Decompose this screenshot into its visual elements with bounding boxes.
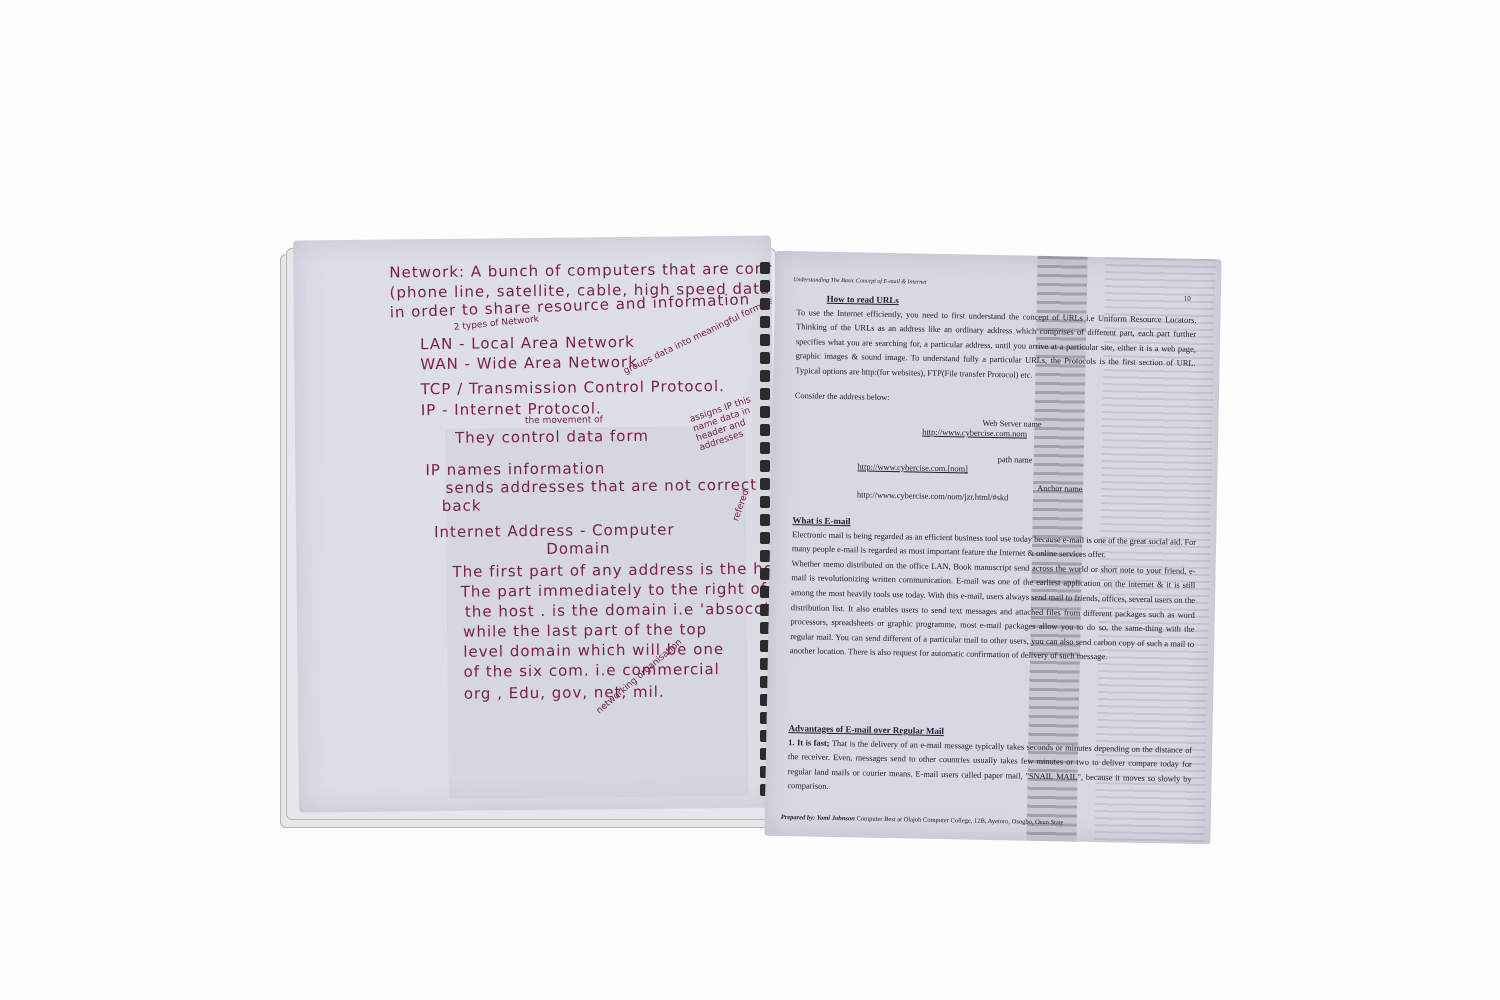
handwritten-line: Internet Address - Computer (434, 521, 675, 542)
footer-org: Computer Best at Olajoh Computer College… (856, 815, 1063, 826)
url-example: Anchor name http://www.cybercise.com/nom… (857, 488, 1009, 505)
handwritten-note: assigns IP this name data in header and … (689, 393, 768, 453)
open-notebook: Network: A bunch of computers that are c… (0, 0, 1500, 1000)
paragraph: To use the Internet efficiently, you nee… (795, 306, 1196, 387)
list-item: 1. It is fast; That is the delivery of a… (787, 736, 1192, 802)
list-item-lead: 1. It is fast; (788, 738, 829, 748)
handwritten-line: LAN - Local Area Network (420, 333, 635, 353)
right-page-printed: Understanding The Basic Concept of E-mai… (764, 251, 1221, 844)
section-urls: How to read URLs To use the Internet eff… (795, 291, 1197, 411)
handwritten-line: level domain which will be one (463, 640, 724, 661)
handwritten-line: back (442, 497, 482, 515)
handwritten-note: the movement of (525, 415, 603, 426)
url-label: Anchor name (1037, 482, 1083, 497)
url-example: Web Server name http://www.cybercise.com… (922, 426, 1027, 443)
handwritten-line: Domain (546, 539, 610, 558)
paragraph: Whether memo distributed on the office L… (790, 557, 1196, 667)
handwritten-line: Network: A bunch of computers that are c… (389, 259, 777, 282)
paragraph: Consider the address below: (795, 389, 1195, 411)
handwritten-line: They control data form (455, 427, 649, 447)
handwritten-line: TCP / Transmission Control Protocol. (420, 377, 724, 398)
url-label: Web Server name (982, 417, 1042, 433)
url-example: path name http://www.cybercise.com.[nom] (857, 460, 968, 477)
url-text: http://www.cybercise.com/nom/jzr.html/#s… (857, 490, 1009, 502)
left-page-handwritten: Network: A bunch of computers that are c… (293, 236, 777, 813)
section-email: What is E-mail Electronic mail is being … (790, 513, 1197, 667)
handwritten-line: of the six com. i.e commercial (463, 660, 719, 681)
handwritten-line: WAN - Wide Area Network (420, 353, 638, 373)
url-label: path name (998, 453, 1033, 468)
section-advantages: Advantages of E-mail over Regular Mail 1… (787, 721, 1192, 802)
handwritten-line: the host . is the domain i.e 'absoco' (465, 600, 770, 621)
page-footer: Prepared by: Yomi Johnson Computer Best … (781, 811, 1064, 831)
handwritten-line: The first part of any address is the hos… (452, 559, 777, 581)
footer-author: Prepared by: Yomi Johnson (781, 814, 855, 822)
handwritten-line: sends addresses that are not correct (446, 476, 758, 497)
list-item-body: That is the delivery of an e-mail messag… (787, 739, 1192, 792)
handwritten-line: The part immediately to the right of (461, 580, 767, 601)
url-text: http://www.cybercise.com.[nom] (857, 462, 968, 473)
handwritten-line: IP names information (425, 459, 605, 479)
handwritten-line: while the last part of the top (463, 620, 707, 641)
running-header: Understanding The Basic Concept of E-mai… (793, 273, 927, 290)
